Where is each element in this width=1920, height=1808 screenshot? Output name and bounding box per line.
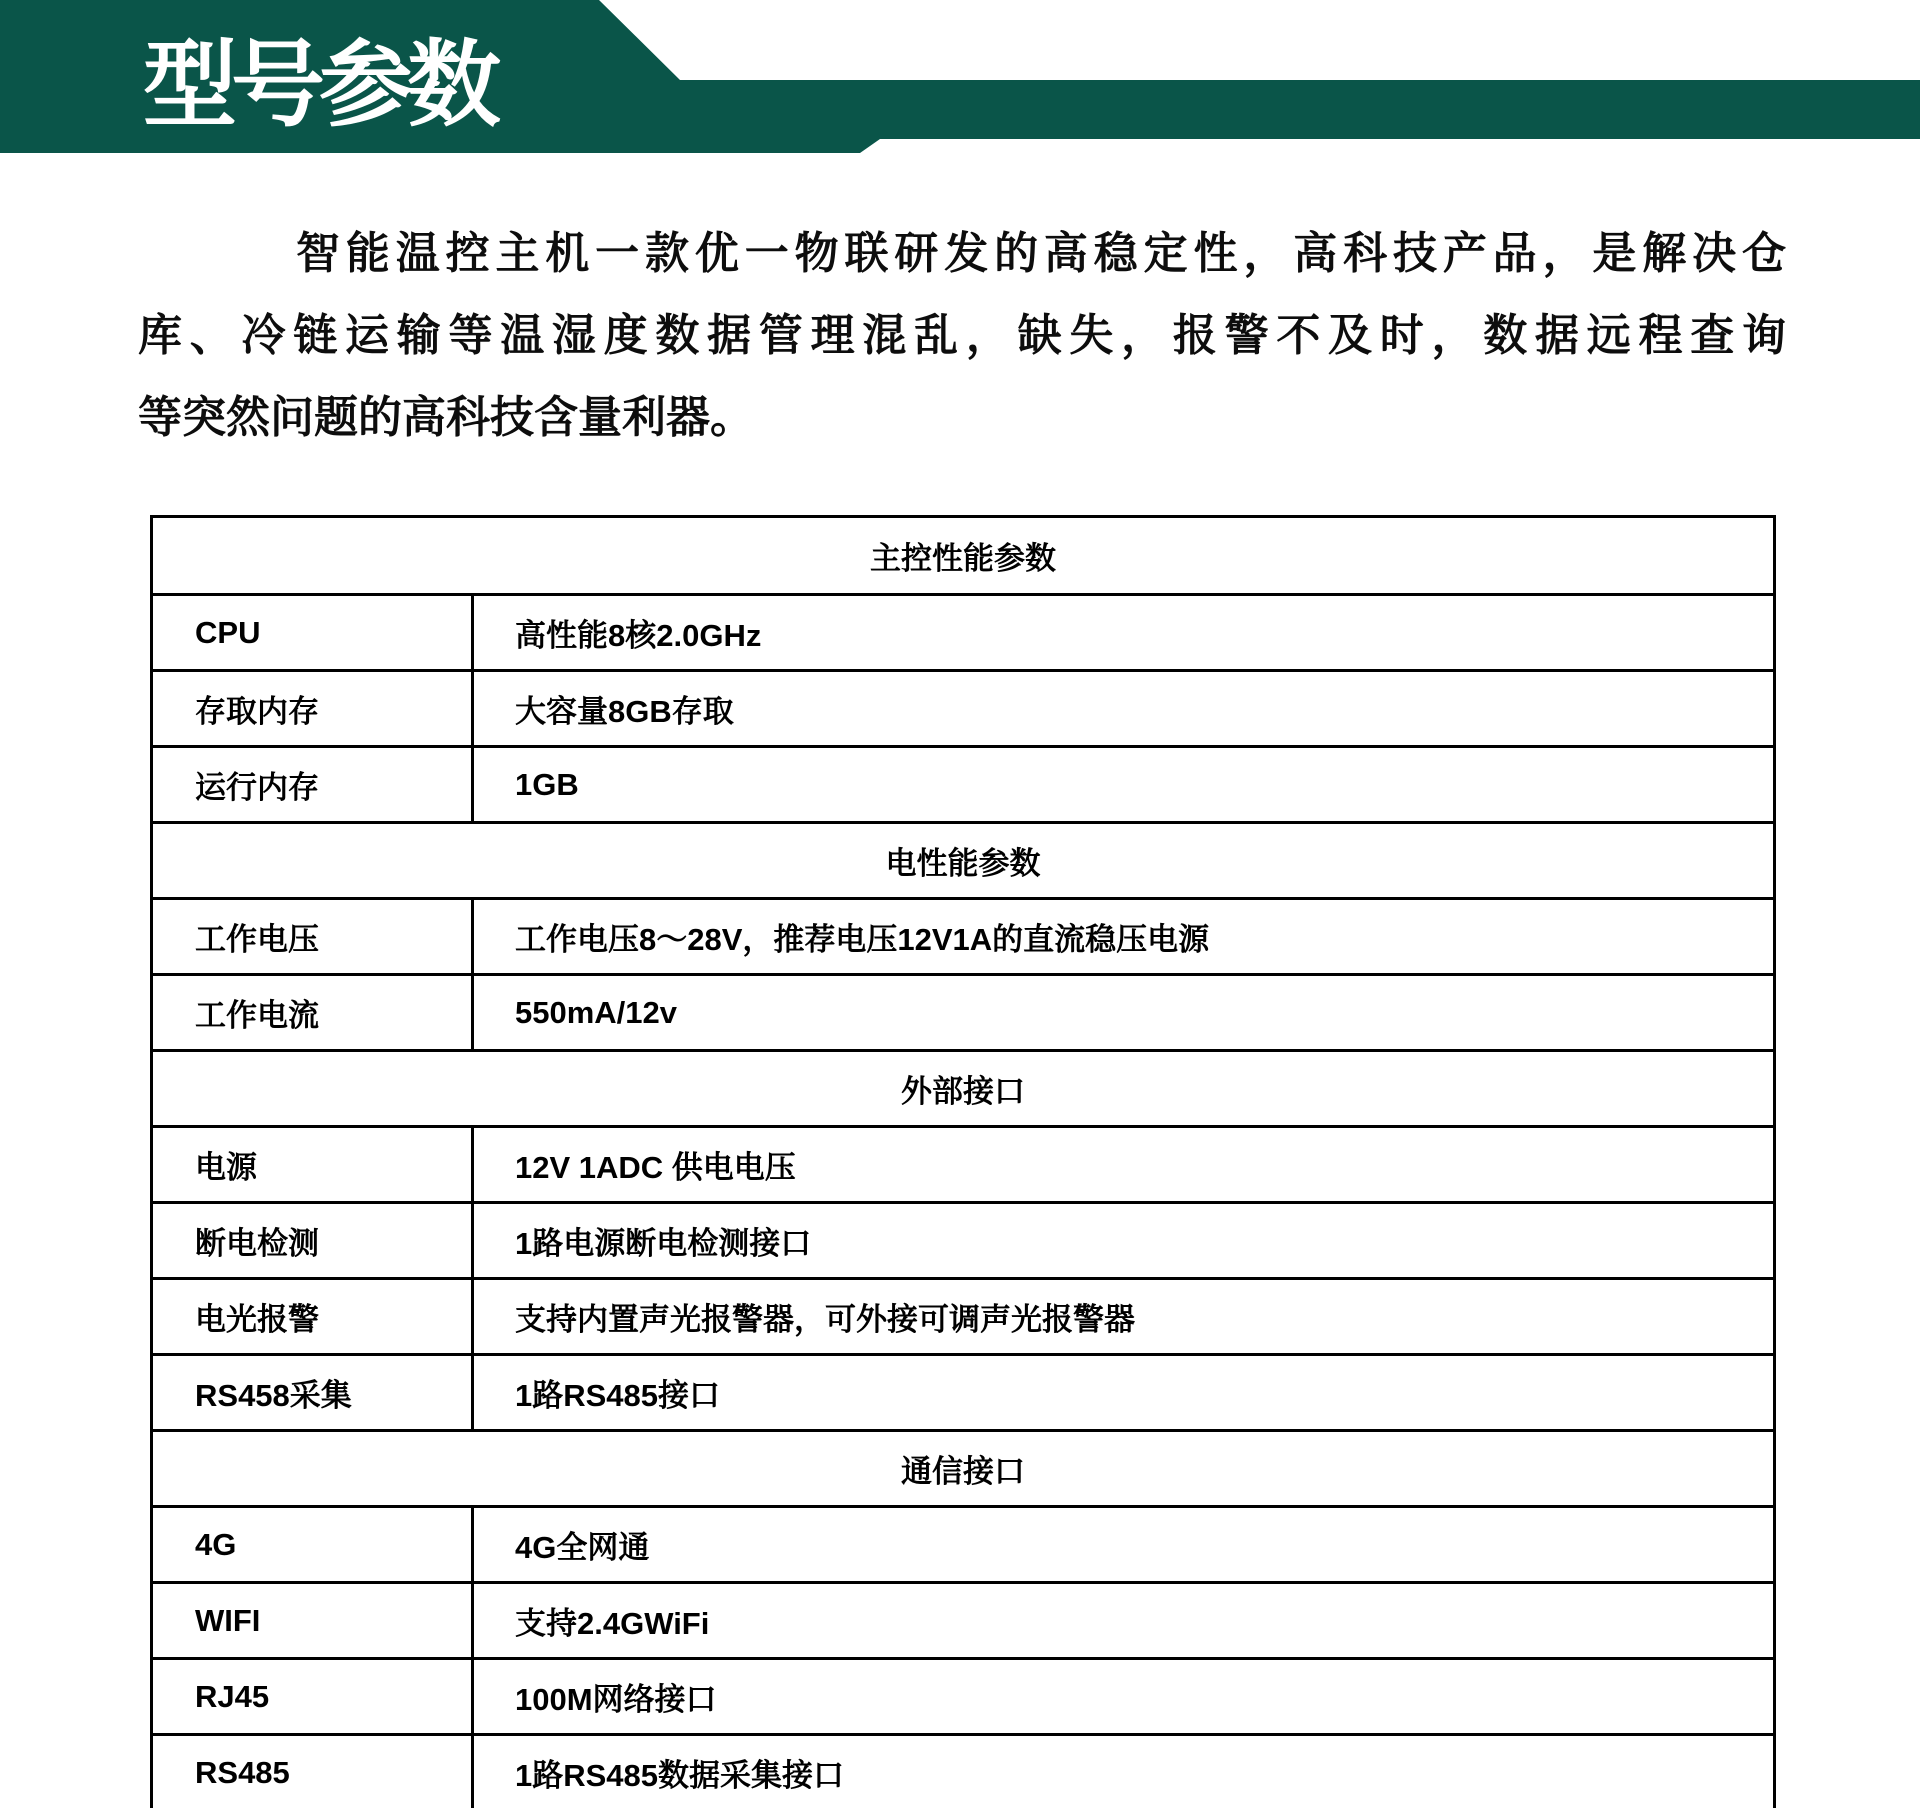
table-row: RS485 1路RS485数据采集接口 bbox=[153, 1736, 1773, 1808]
intro-line-1: 智能温控主机一款优一物联研发的高稳定性，高科技产品，是解决仓 bbox=[138, 213, 1786, 295]
spec-section-header: 外部接口 bbox=[153, 1052, 1773, 1128]
table-row: 断电检测 1路电源断电检测接口 bbox=[153, 1204, 1773, 1280]
spec-value-cell: 1GB bbox=[474, 748, 1773, 821]
spec-label-cell: 运行内存 bbox=[153, 748, 474, 821]
spec-label-cell: RS485 bbox=[153, 1736, 474, 1808]
spec-label-cell: RJ45 bbox=[153, 1660, 474, 1733]
table-row: 工作电流 550mA/12v bbox=[153, 976, 1773, 1052]
spec-section-title: 主控性能参数 bbox=[870, 533, 1056, 578]
page-title: 型号参数 bbox=[143, 0, 495, 153]
spec-label-cell: 存取内存 bbox=[153, 672, 474, 745]
table-row: WIFI 支持2.4GWiFi bbox=[153, 1584, 1773, 1660]
table-row: 运行内存 1GB bbox=[153, 748, 1773, 824]
spec-label-cell: 4G bbox=[153, 1508, 474, 1581]
spec-value-cell: 工作电压8～28V，推荐电压12V1A的直流稳压电源 bbox=[474, 900, 1773, 973]
spec-value-cell: 大容量8GB存取 bbox=[474, 672, 1773, 745]
spec-label-cell: 断电检测 bbox=[153, 1204, 474, 1277]
spec-value-cell: 支持2.4GWiFi bbox=[474, 1584, 1773, 1657]
spec-label-cell: 电源 bbox=[153, 1128, 474, 1201]
spec-label-cell: RS458采集 bbox=[153, 1356, 474, 1429]
table-row: 存取内存 大容量8GB存取 bbox=[153, 672, 1773, 748]
spec-label-cell: WIFI bbox=[153, 1584, 474, 1657]
spec-table: 主控性能参数 CPU 高性能8核2.0GHz 存取内存 大容量8GB存取 运行内… bbox=[150, 515, 1776, 1808]
spec-label-cell: 电光报警 bbox=[153, 1280, 474, 1353]
spec-value-cell: 100M网络接口 bbox=[474, 1660, 1773, 1733]
intro-line-2: 库、冷链运输等温湿度数据管理混乱，缺失，报警不及时，数据远程查询 bbox=[138, 295, 1786, 377]
intro-line-3: 等突然问题的高科技含量利器。 bbox=[138, 377, 1786, 459]
table-row: 电源 12V 1ADC 供电电压 bbox=[153, 1128, 1773, 1204]
spec-label-cell: 工作电流 bbox=[153, 976, 474, 1049]
page: { "theme": { "accent_green": "#0A5549", … bbox=[0, 0, 1920, 1808]
table-row: CPU 高性能8核2.0GHz bbox=[153, 596, 1773, 672]
spec-section-header: 通信接口 bbox=[153, 1432, 1773, 1508]
table-row: 工作电压 工作电压8～28V，推荐电压12V1A的直流稳压电源 bbox=[153, 900, 1773, 976]
spec-section-title: 外部接口 bbox=[901, 1066, 1025, 1111]
spec-section-title: 通信接口 bbox=[901, 1446, 1025, 1491]
spec-value-cell: 4G全网通 bbox=[474, 1508, 1773, 1581]
spec-value-cell: 550mA/12v bbox=[474, 976, 1773, 1049]
spec-label-cell: 工作电压 bbox=[153, 900, 474, 973]
spec-value-cell: 1路电源断电检测接口 bbox=[474, 1204, 1773, 1277]
spec-section-header: 主控性能参数 bbox=[153, 518, 1773, 596]
table-row: RJ45 100M网络接口 bbox=[153, 1660, 1773, 1736]
spec-section-title: 电性能参数 bbox=[886, 838, 1041, 883]
spec-section-header: 电性能参数 bbox=[153, 824, 1773, 900]
spec-value-cell: 12V 1ADC 供电电压 bbox=[474, 1128, 1773, 1201]
spec-value-cell: 1路RS485接口 bbox=[474, 1356, 1773, 1429]
table-row: 4G 4G全网通 bbox=[153, 1508, 1773, 1584]
table-row: 电光报警 支持内置声光报警器，可外接可调声光报警器 bbox=[153, 1280, 1773, 1356]
spec-label-cell: CPU bbox=[153, 596, 474, 669]
spec-value-cell: 1路RS485数据采集接口 bbox=[474, 1736, 1773, 1808]
spec-value-cell: 支持内置声光报警器，可外接可调声光报警器 bbox=[474, 1280, 1773, 1353]
table-row: RS458采集 1路RS485接口 bbox=[153, 1356, 1773, 1432]
spec-value-cell: 高性能8核2.0GHz bbox=[474, 596, 1773, 669]
intro-paragraph: 智能温控主机一款优一物联研发的高稳定性，高科技产品，是解决仓 库、冷链运输等温湿… bbox=[138, 213, 1786, 459]
